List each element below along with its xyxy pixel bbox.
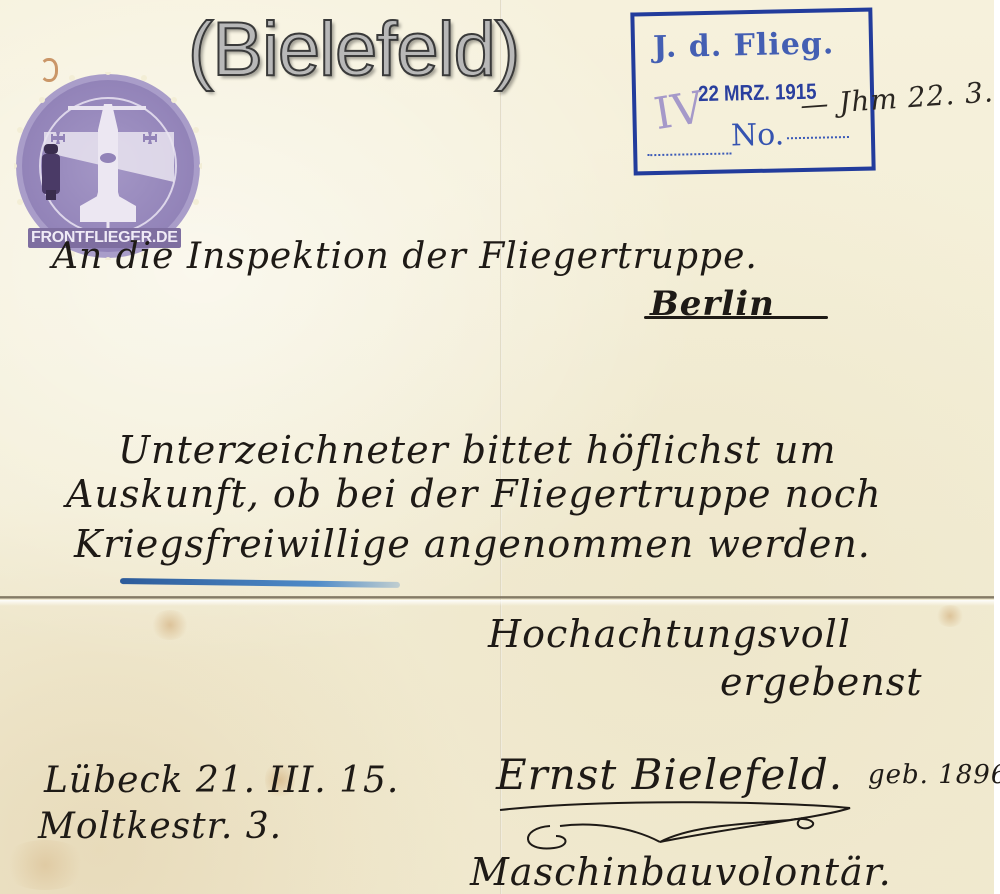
occupation: Maschinbauvolontär. — [470, 850, 892, 894]
stamp-dotted-line — [647, 152, 731, 156]
closing-line: ergebenst — [720, 660, 923, 704]
signature-flourish — [490, 796, 870, 856]
paper-stain — [150, 610, 190, 640]
sender-address: Moltkestr. 3. — [38, 806, 282, 847]
city-underline — [644, 316, 828, 319]
stamp-office: J. d. Flieg. — [653, 26, 835, 65]
birth-note: geb. 1896. — [868, 760, 1000, 790]
page-title: (Bielefeld) — [188, 8, 519, 92]
signature: Ernst Bielefeld. — [496, 750, 843, 799]
paper-stain — [935, 605, 965, 627]
addressee-line: An die Inspektion der Fliegertruppe. — [52, 236, 758, 277]
closing-line: Hochachtungsvoll — [488, 612, 851, 656]
fold-highlight — [0, 600, 994, 606]
body-line: Auskunft, ob bei der Fliegertruppe noch — [66, 472, 882, 516]
stamp-dotted-line — [787, 136, 849, 139]
paper-stain — [0, 840, 90, 890]
stamp-number-label: No. — [731, 117, 785, 153]
place-date: Lübeck 21. III. 15. — [44, 760, 399, 801]
body-line: Kriegsfreiwillige angenommen werden. — [74, 522, 871, 566]
body-line: Unterzeichneter bittet höflichst um — [118, 428, 837, 472]
horizontal-fold-crease — [0, 596, 994, 599]
